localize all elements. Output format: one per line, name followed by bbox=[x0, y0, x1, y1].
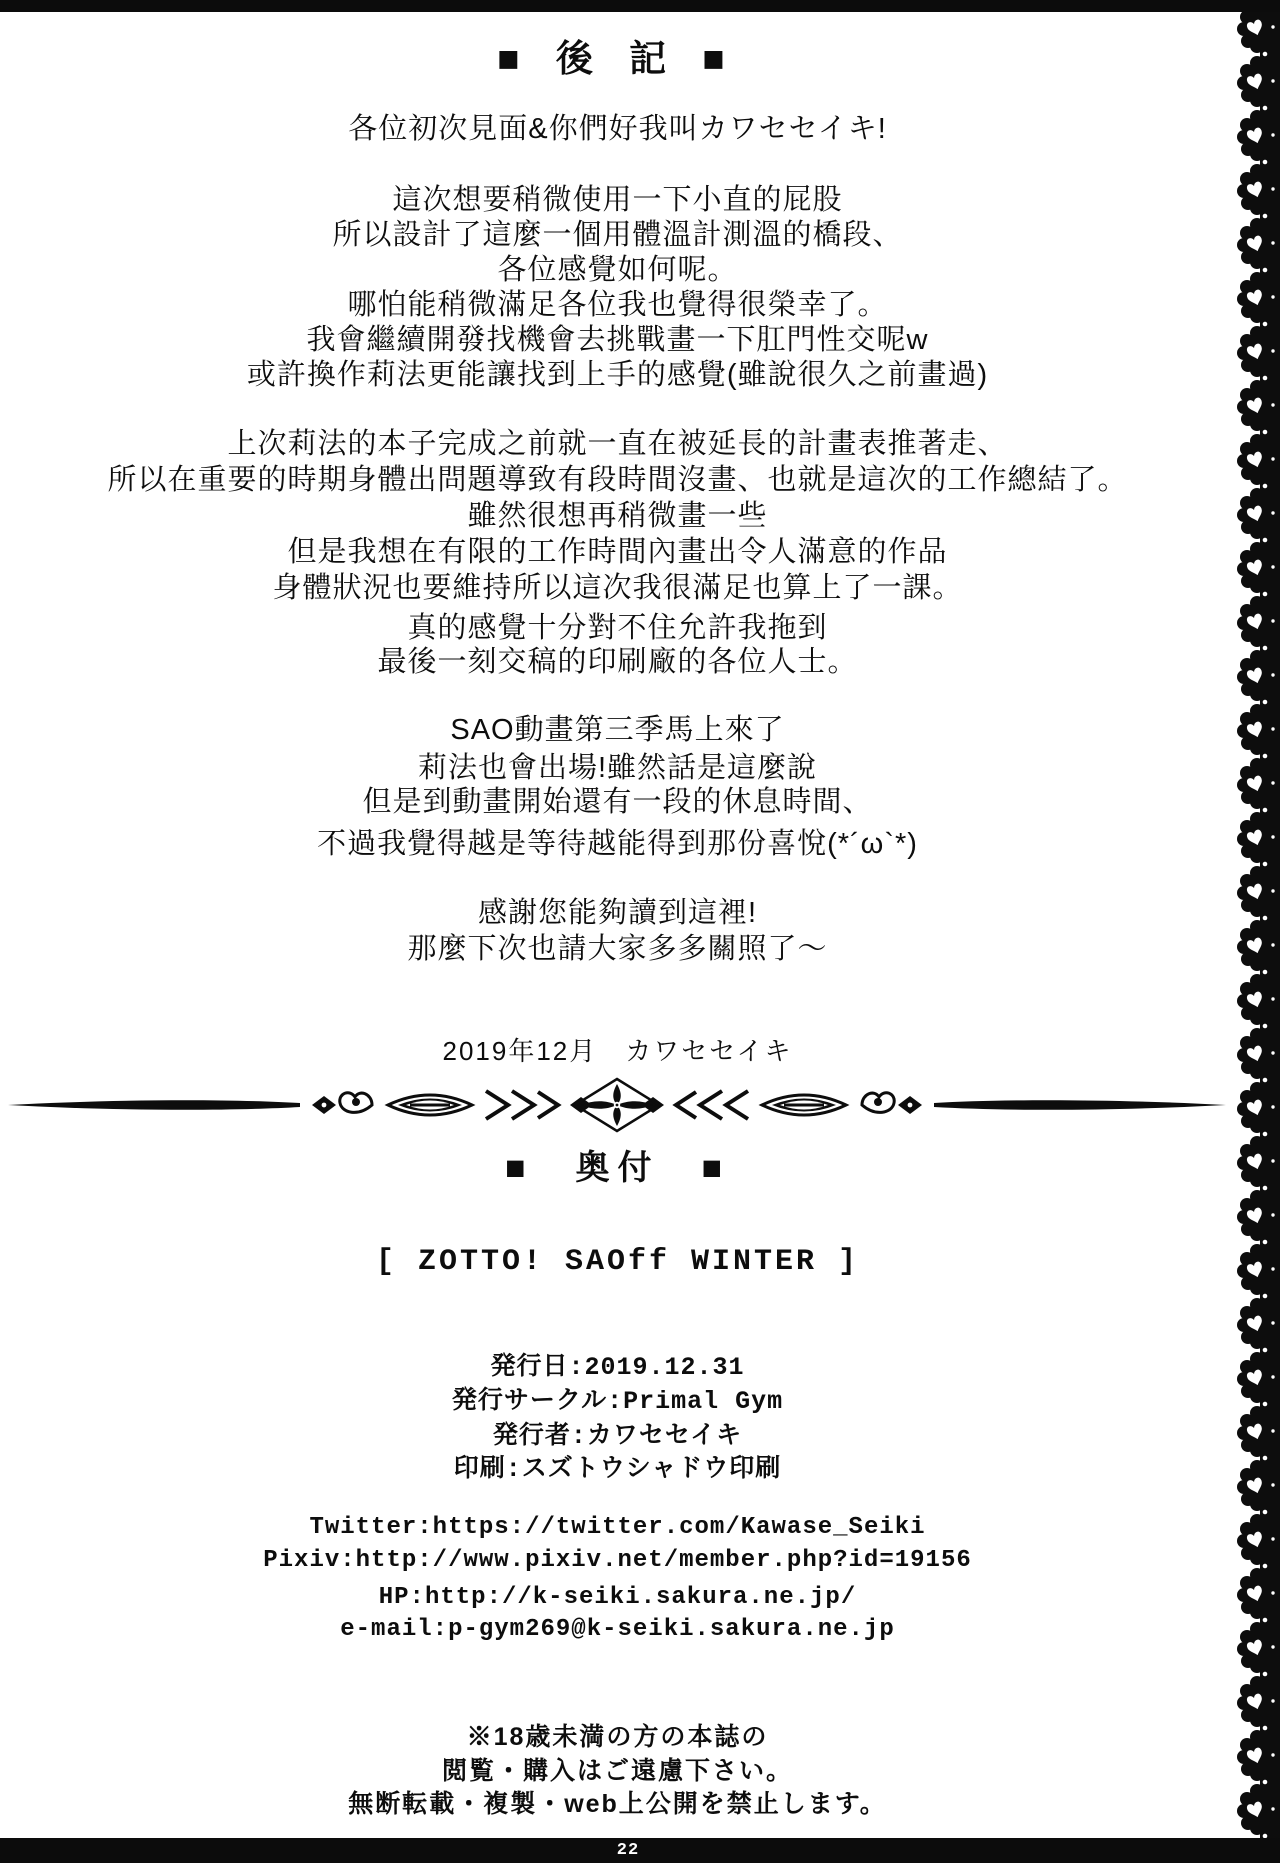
afterword-line: 但是到動畫開始還有一段的休息時間、 bbox=[0, 779, 1235, 820]
afterword-line: 雖然很想再稍微畫一些 bbox=[0, 493, 1235, 534]
afterword-line: 身體狀況也要維持所以這次我很滿足也算上了一課。 bbox=[0, 565, 1235, 606]
book-title: [ ZOTTO! SAOff WINTER ] bbox=[0, 1245, 1235, 1279]
afterword-line: SAO動畫第三季馬上來了 bbox=[0, 707, 1235, 748]
top-edge-bar bbox=[0, 0, 1280, 12]
twitter-link-text: Twitter:https://twitter.com/Kawase_Seiki bbox=[0, 1514, 1235, 1541]
colophon-detail-line: 発行日:2019.12.31 bbox=[0, 1346, 1235, 1382]
lace-pattern-icon bbox=[1234, 0, 1280, 1863]
age-warning-line: 閲覧・購入はご遠慮下さい。 bbox=[0, 1751, 1235, 1787]
ornamental-divider-icon bbox=[0, 1077, 1235, 1133]
footer-bar: 22 bbox=[0, 1838, 1280, 1863]
page-number: 22 bbox=[617, 1841, 663, 1860]
pixiv-link-text: Pixiv:http://www.pixiv.net/member.php?id… bbox=[0, 1547, 1235, 1574]
afterword-line: 不過我覺得越是等待越能得到那份喜悅(*´ω`*) bbox=[0, 821, 1235, 862]
homepage-link-text: HP:http://k-seiki.sakura.ne.jp/ bbox=[0, 1584, 1235, 1611]
colophon-detail-line: 印刷:スズトウシャドウ印刷 bbox=[0, 1448, 1235, 1484]
afterword-line: 但是我想在有限的工作時間內畫出令人滿意的作品 bbox=[0, 529, 1235, 570]
colophon-detail-line: 発行者:カワセセイキ bbox=[0, 1415, 1235, 1451]
scanned-page: ■ 後 記 ■ 各位初次見面&你們好我叫カワセセイキ! 這次想要稍微使用一下小直… bbox=[0, 0, 1280, 1863]
afterword-line: 最後一刻交稿的印刷廠的各位人士。 bbox=[0, 639, 1235, 680]
afterword-heading: ■ 後 記 ■ bbox=[0, 28, 1235, 82]
email-text: e-mail:p-gym269@k-seiki.sakura.ne.jp bbox=[0, 1616, 1235, 1643]
afterword-line: 那麼下次也請大家多多關照了〜 bbox=[0, 926, 1235, 967]
colophon-detail-line: 発行サークル:Primal Gym bbox=[0, 1380, 1235, 1416]
ornamental-divider bbox=[0, 1077, 1235, 1133]
afterword-line: 或許換作莉法更能讓找到上手的感覺(雖說很久之前畫過) bbox=[0, 352, 1235, 393]
colophon-heading: ■ 奥付 ■ bbox=[0, 1140, 1235, 1189]
afterword-line: 上次莉法的本子完成之前就一直在被延長的計畫表推著走、 bbox=[0, 421, 1235, 462]
lace-border-decoration bbox=[1234, 0, 1280, 1863]
age-warning-line: ※18歳未満の方の本誌の bbox=[0, 1717, 1235, 1753]
afterword-signoff: 2019年12月 カワセセイキ bbox=[0, 1031, 1235, 1068]
afterword-greeting: 各位初次見面&你們好我叫カワセセイキ! bbox=[0, 106, 1235, 147]
afterword-line: 所以在重要的時期身體出問題導致有段時間沒畫、也就是這次的工作總結了。 bbox=[0, 457, 1235, 498]
afterword-line: 感謝您能夠讀到這裡! bbox=[0, 890, 1235, 931]
reproduction-warning-line: 無断転載・複製・web上公開を禁止します。 bbox=[0, 1784, 1235, 1820]
